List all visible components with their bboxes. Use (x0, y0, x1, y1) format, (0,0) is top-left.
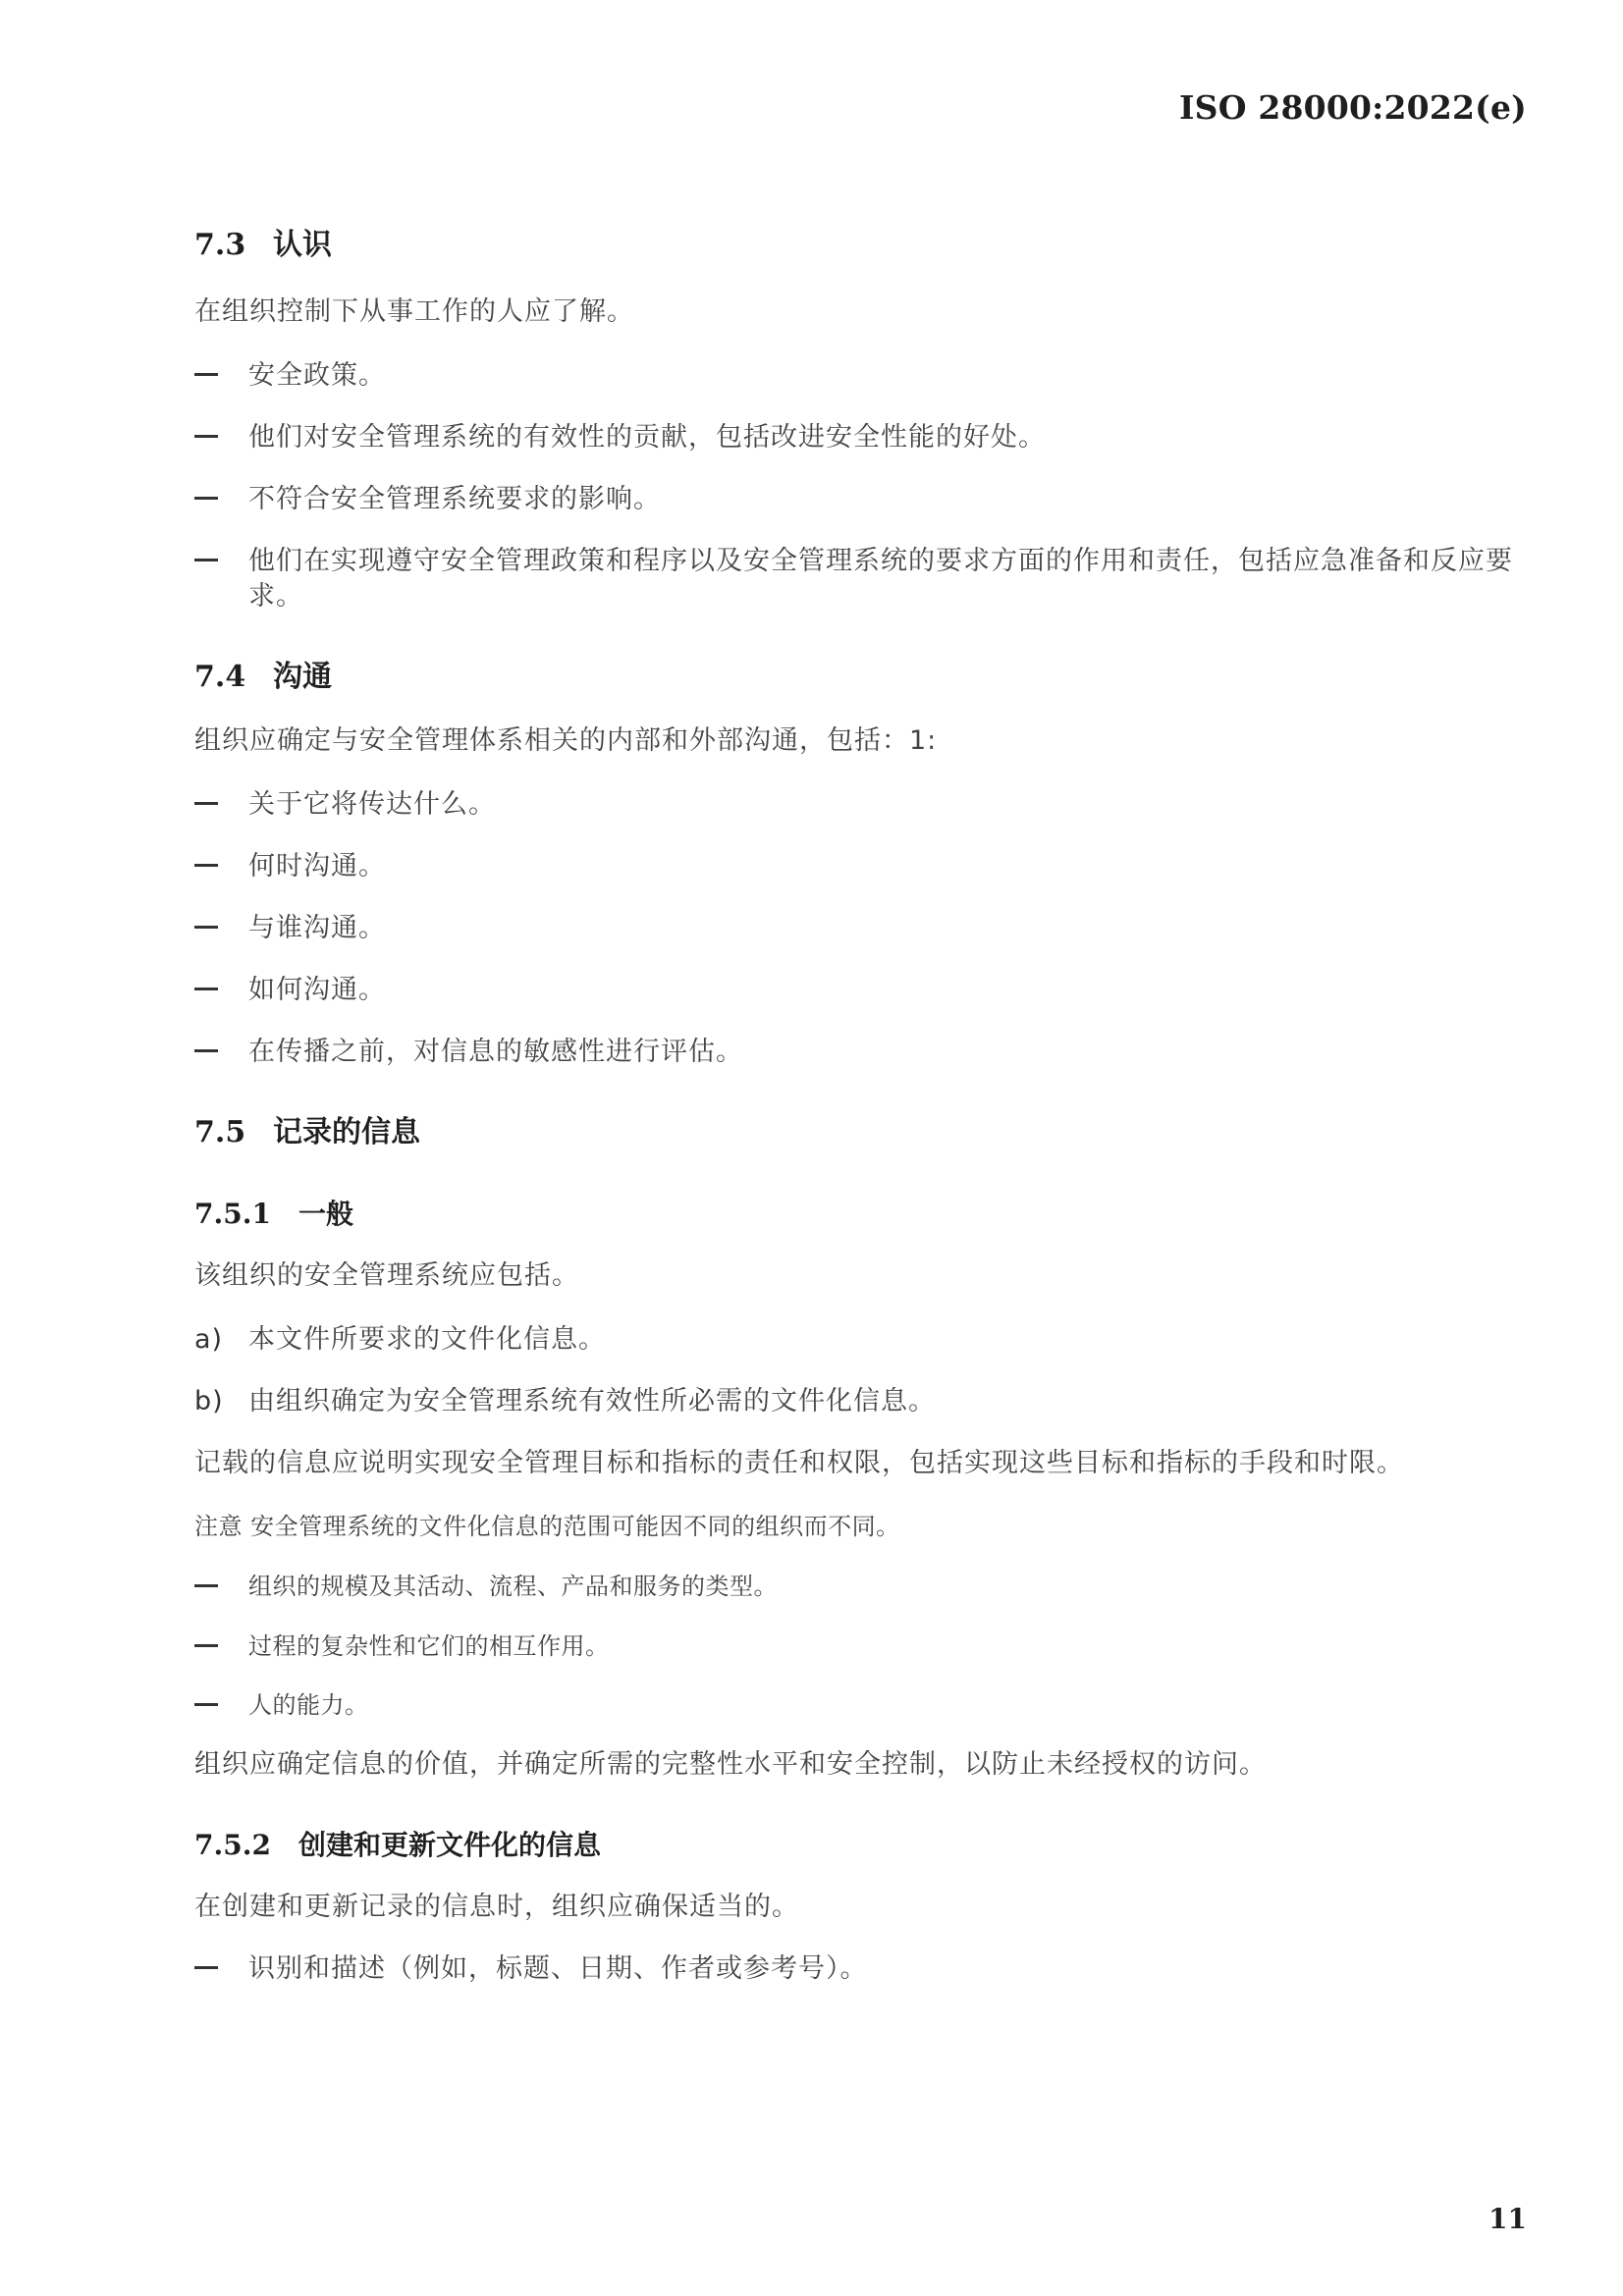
section-title: 沟通 (273, 660, 332, 694)
dash-bullet-icon (194, 1569, 248, 1604)
section-number: 7.4 (194, 660, 273, 695)
section-heading-7-3: 7.3认识 (194, 228, 332, 263)
list-item: 与谁沟通。 (194, 911, 1530, 946)
list-item: 在传播之前，对信息的敏感性进行评估。 (194, 1035, 1530, 1070)
list-item: 关于它将传达什么。 (194, 787, 1530, 823)
paragraph: 在组织控制下从事工作的人应了解。 (194, 294, 634, 330)
dash-bullet-icon (194, 358, 248, 394)
list-item: 他们在实现遵守安全管理政策和程序以及安全管理系统的要求方面的作用和责任，包括应急… (194, 544, 1530, 614)
paragraph: 组织应确定与安全管理体系相关的内部和外部沟通，包括：1: (194, 723, 937, 759)
list-marker: b) (194, 1384, 248, 1419)
note: 注意 安全管理系统的文件化信息的范围可能因不同的组织而不同。 (194, 1509, 900, 1544)
lettered-list-item: b) 由组织确定为安全管理系统有效性所必需的文件化信息。 (194, 1384, 1530, 1419)
dash-bullet-icon (194, 849, 248, 884)
section-title: 记录的信息 (273, 1115, 420, 1149)
list-item: 何时沟通。 (194, 849, 1530, 884)
paragraph: 在创建和更新记录的信息时，组织应确保适当的。 (194, 1890, 799, 1925)
section-title: 一般 (298, 1198, 353, 1230)
list-item: 安全政策。 (194, 358, 1530, 394)
section-heading-7-5-1: 7.5.1一般 (194, 1197, 353, 1232)
page-number: 11 (1488, 2203, 1527, 2235)
section-heading-7-5: 7.5记录的信息 (194, 1115, 420, 1150)
dash-bullet-icon (194, 787, 248, 823)
section-number: 7.5.1 (194, 1197, 298, 1232)
section-number: 7.5.2 (194, 1828, 298, 1863)
list-item: 他们对安全管理系统的有效性的贡献，包括改进安全性能的好处。 (194, 420, 1530, 455)
note-list-item: 组织的规模及其活动、流程、产品和服务的类型。 (194, 1569, 1530, 1604)
dash-bullet-icon (194, 1951, 248, 1987)
dash-bullet-icon (194, 1035, 248, 1070)
dash-bullet-icon (194, 1629, 248, 1664)
dash-bullet-icon (194, 544, 248, 614)
note-list-item: 人的能力。 (194, 1687, 1530, 1723)
section-heading-7-4: 7.4沟通 (194, 660, 332, 695)
paragraph: 组织应确定信息的价值，并确定所需的完整性水平和安全控制，以防止未经授权的访问。 (194, 1747, 1267, 1783)
dash-bullet-icon (194, 973, 248, 1008)
dash-bullet-icon (194, 911, 248, 946)
dash-bullet-icon (194, 482, 248, 517)
paragraph: 记载的信息应说明实现安全管理目标和指标的责任和权限，包括实现这些目标和指标的手段… (194, 1446, 1404, 1481)
document-standard-id: ISO 28000:2022(e) (1179, 88, 1527, 127)
paragraph: 该组织的安全管理系统应包括。 (194, 1258, 579, 1294)
section-number: 7.5 (194, 1115, 273, 1150)
section-heading-7-5-2: 7.5.2创建和更新文件化的信息 (194, 1828, 601, 1863)
dash-bullet-icon (194, 420, 248, 455)
list-item: 如何沟通。 (194, 973, 1530, 1008)
list-item: 识别和描述（例如，标题、日期、作者或参考号）。 (194, 1951, 1530, 1987)
lettered-list-item: a) 本文件所要求的文件化信息。 (194, 1322, 1530, 1358)
dash-bullet-icon (194, 1687, 248, 1723)
list-marker: a) (194, 1322, 248, 1358)
section-title: 认识 (273, 228, 332, 262)
section-title: 创建和更新文件化的信息 (298, 1829, 601, 1861)
note-list-item: 过程的复杂性和它们的相互作用。 (194, 1629, 1530, 1664)
list-item: 不符合安全管理系统要求的影响。 (194, 482, 1530, 517)
section-number: 7.3 (194, 228, 273, 263)
